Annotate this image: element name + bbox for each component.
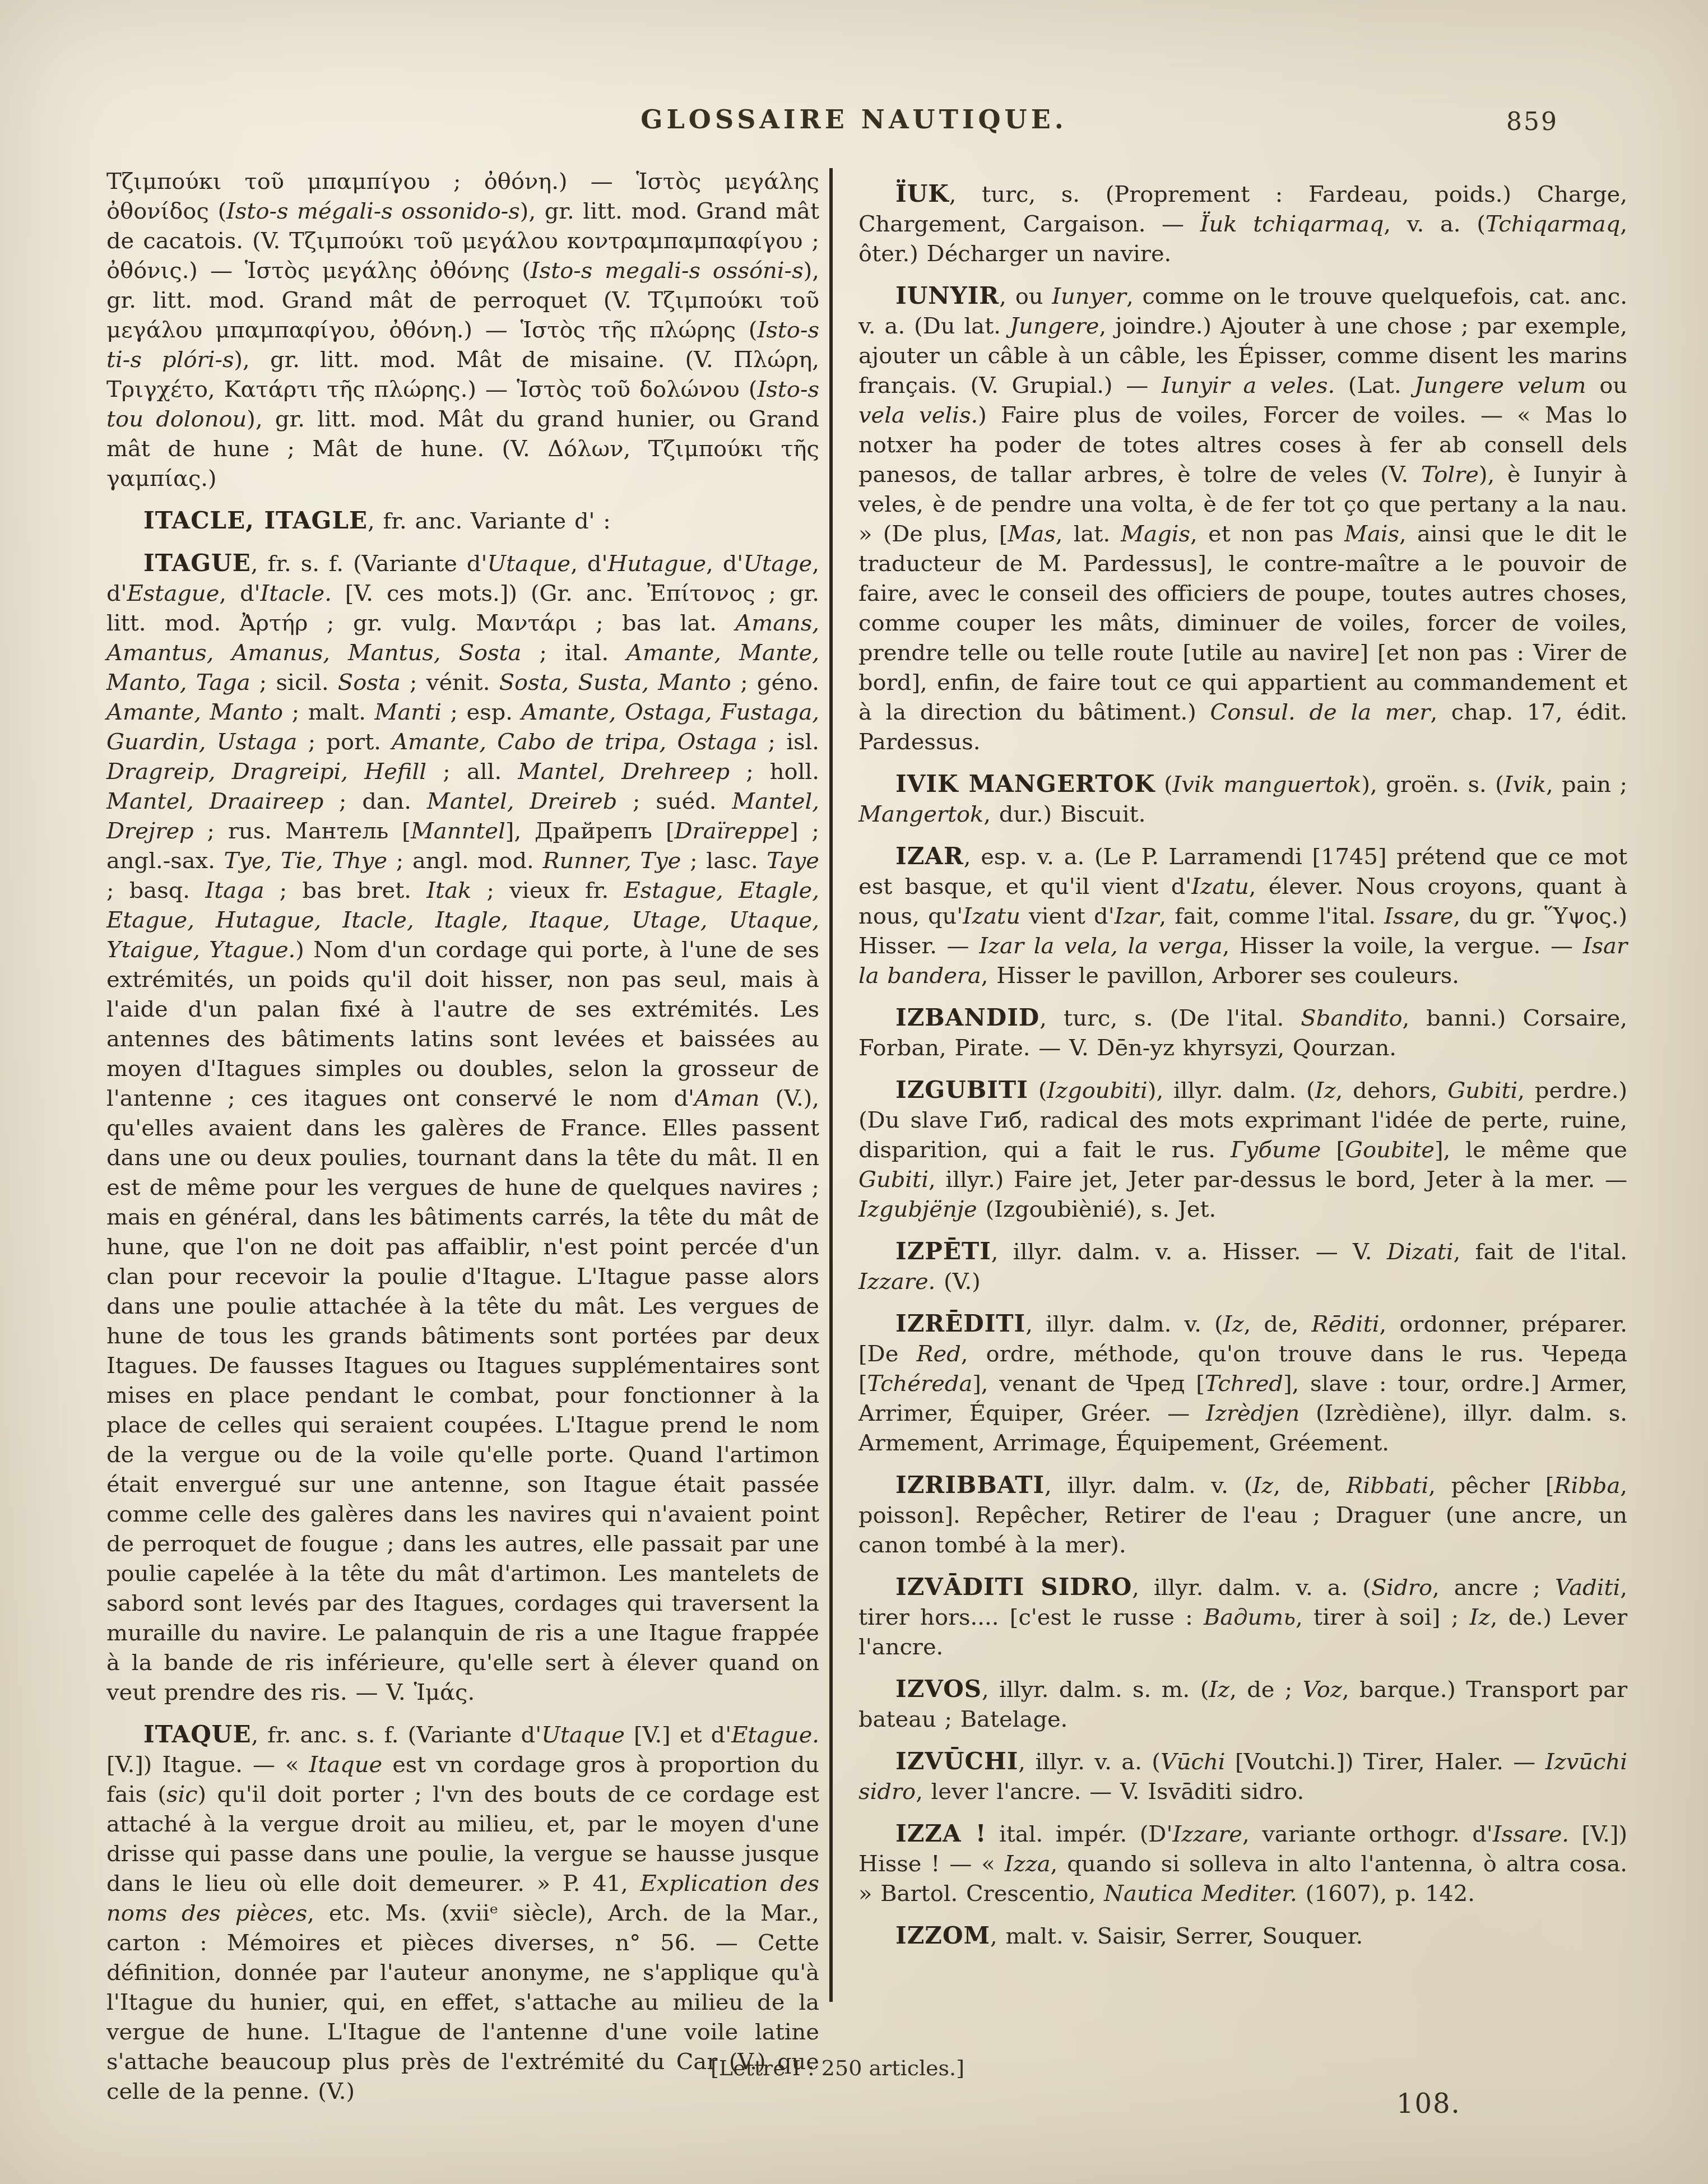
text-run: Estague (127, 581, 220, 606)
text-run: vient d' (1020, 903, 1115, 929)
text-run: (Izgoubiènié), s. Jet. (977, 1197, 1216, 1222)
text-run: Izar (1115, 903, 1159, 929)
text-run: Izzare (1172, 1821, 1242, 1847)
running-header: GLOSSAIRE NAUTIQUE. (0, 104, 1708, 135)
text-run: ; lasc. (681, 848, 767, 874)
text-run: Tchiqarmaq (1486, 211, 1621, 237)
letter-article-count-note: [Lettre I : 250 articles.] (711, 2056, 964, 2080)
text-run: [V.]) Itague. — « (106, 1752, 309, 1778)
text-run: Mantel, Draaireep (106, 789, 323, 814)
text-run: Jungere (1010, 313, 1099, 339)
text-run: Iz (1470, 1605, 1491, 1630)
text-run: Hutague (607, 551, 706, 577)
text-run: Issare. (1493, 1821, 1569, 1847)
text-run: Mais (1344, 521, 1399, 547)
entry-ivik-mangertok: IVIK MANGERTOK (Ivik manguertok), groën.… (858, 769, 1627, 829)
text-run: Вадить (1204, 1605, 1296, 1630)
text-run: Goubite (1345, 1137, 1435, 1163)
text-run: Isto-s mégali-s ossonido-s (226, 198, 520, 224)
text-run: Vaditi (1555, 1575, 1620, 1601)
text-run: Izgoubiti (1047, 1078, 1148, 1103)
text-run: Utaque (541, 1722, 625, 1748)
text-run: Issare (1384, 903, 1454, 929)
text-run: Sidro (1371, 1575, 1432, 1601)
text-run: Tchred (1205, 1371, 1283, 1397)
text-run: , de, (1273, 1473, 1346, 1499)
text-run: Ivik (1504, 772, 1546, 797)
text-run: Tolre (1421, 462, 1479, 488)
text-run: ital. impér. (D' (986, 1821, 1172, 1847)
text-run: , illyr. v. a. ( (1018, 1749, 1161, 1775)
text-run: ; sicil. (250, 670, 338, 695)
text-run: Nautica Mediter. (1104, 1881, 1297, 1907)
entry-iuk: ÏUK, turc, s. (Proprement : Fardeau, poi… (858, 179, 1627, 269)
text-run: Sosta (338, 670, 401, 695)
text-run: Isto-s megali-s ossóni-s (531, 258, 804, 284)
text-run: Itacle. (261, 581, 332, 606)
text-run: , tirer à soi] ; (1296, 1605, 1470, 1630)
text-run: , ou (999, 284, 1052, 309)
text-run: Itaque (309, 1752, 382, 1778)
entry-izar: IZAR, esp. v. a. (Le P. Larramendi [1745… (858, 841, 1627, 991)
entry-headword: IZVOS (895, 1675, 982, 1703)
text-run: , fr. anc. s. f. (Variante d' (251, 1722, 541, 1748)
text-run: Sosta, Susta, Manto (499, 670, 731, 695)
text-run: Red (916, 1341, 960, 1367)
text-run: , lat. (1056, 521, 1121, 547)
text-run: Utaque (487, 551, 570, 577)
left-text-column: Τζιμπούκι τοῦ μπαμπίγου ; ὀθόνη.) — Ἱστὸ… (106, 167, 819, 2107)
right-text-column: ÏUK, turc, s. (Proprement : Fardeau, poi… (858, 167, 1627, 1951)
text-run: , lever l'ancre. — V. Isvāditi sidro. (916, 1779, 1304, 1805)
text-run: Etague. (731, 1722, 819, 1748)
text-run: ], Драйрепъ [ (505, 818, 675, 844)
entry-izza: IZZA ! ital. impér. (D'Izzare, variante … (858, 1819, 1627, 1909)
text-run: ; port. (297, 729, 392, 755)
entry-headword: IZVŪCHI (895, 1747, 1018, 1775)
entry-headword: IZRIBBATI (895, 1471, 1045, 1499)
text-run: Ribba (1554, 1473, 1620, 1499)
text-run: Vūchi (1161, 1749, 1226, 1775)
entry-headword: IZVĀDITI SIDRO (895, 1573, 1132, 1601)
entry-headword: ITACLE, ITAGLE (143, 507, 368, 534)
entry-headword: IZAR (895, 842, 964, 870)
text-run: , turc, s. (De l'ital. (1039, 1005, 1301, 1031)
text-run: Draïreppe (675, 818, 790, 844)
text-run: Itak (426, 878, 471, 903)
text-run: Amante, Manto (106, 699, 283, 725)
text-run: , Hisser le pavillon, Arborer ses couleu… (981, 963, 1459, 989)
text-run: (Lat. (1335, 373, 1414, 398)
page-number: 859 (1506, 108, 1558, 136)
entry-iunyir: IUNYIR, ou Iunyer, comme on le trouve qu… (858, 281, 1627, 757)
text-run: Jungere velum (1414, 373, 1586, 398)
text-run: ; ital. (521, 640, 626, 666)
text-run: ; holl. (730, 759, 819, 785)
text-run: , fait, comme l'ital. (1159, 903, 1385, 929)
text-run: ; vieux fr. (471, 878, 624, 903)
text-run: , et non pas (1190, 521, 1344, 547)
text-run: Tchéreda (867, 1371, 973, 1397)
text-run: ; malt. (283, 699, 374, 725)
text-run: Губите (1231, 1137, 1321, 1163)
text-run: Iunyir a veles. (1162, 373, 1335, 398)
text-run: , pêcher [ (1428, 1473, 1554, 1499)
text-run: , dehors, (1335, 1078, 1447, 1103)
entry-itacle: ITACLE, ITAGLE, fr. anc. Variante d' : (106, 506, 819, 536)
text-run: Magis (1121, 521, 1190, 547)
text-run: Iz (1223, 1311, 1244, 1337)
entry-headword: IZBANDID (895, 1004, 1039, 1031)
text-run: ; bas bret. (264, 878, 427, 903)
entry-headword: IUNYIR (895, 282, 999, 309)
text-run: , fr. anc. Variante d' : (368, 508, 611, 534)
text-run: Amante, Cabo de tripa, Ostaga (392, 729, 757, 755)
entry-headword: ITAGUE (143, 549, 251, 577)
entry-itague: ITAGUE, fr. s. f. (Variante d'Utaque, d'… (106, 548, 819, 1708)
text-run: [V.] et d' (625, 1722, 731, 1748)
text-run: Aman (694, 1086, 759, 1111)
text-run: Izatu (1191, 874, 1249, 899)
text-run: ( (1155, 772, 1173, 797)
text-run: Itaga (205, 878, 264, 903)
entry-izvuchi: IZVŪCHI, illyr. v. a. (Vūchi [Voutchi.])… (858, 1746, 1627, 1807)
text-run: , illyr.) Faire jet, Jeter par-dessus le… (929, 1167, 1627, 1193)
text-run: Runner, Tye (542, 848, 681, 874)
text-run: ; suéd. (617, 789, 732, 814)
text-run: Tye, Tie, Thye (224, 848, 388, 874)
entry-headword: IZPĒTI (895, 1237, 991, 1265)
text-run: ; isl. (757, 729, 819, 755)
entry-headword: IZRĒDITI (895, 1310, 1025, 1337)
text-run: , variante orthogr. d' (1242, 1821, 1493, 1847)
text-run: , illyr. dalm. s. m. ( (982, 1677, 1209, 1703)
text-run: Manti (375, 699, 442, 725)
text-run: Izgubjënje (858, 1197, 977, 1222)
text-run: Iz (1252, 1473, 1273, 1499)
text-run: , fait de l'ital. (1454, 1239, 1627, 1265)
entry-izbandid: IZBANDID, turc, s. (De l'ital. Sbandito,… (858, 1003, 1627, 1063)
text-run: (V.), qu'elles avaient dans les galères … (106, 1086, 819, 1705)
text-run: ; basq. (106, 878, 205, 903)
text-run: Ïuk tchiqarmaq (1200, 211, 1384, 237)
text-run: Rēditi (1311, 1311, 1379, 1337)
text-run: , malt. v. Saisir, Serrer, Souquer. (990, 1923, 1363, 1949)
text-run: Iz (1209, 1677, 1229, 1703)
text-run: Taye (767, 848, 819, 874)
continuation-istos: Τζιμπούκι τοῦ μπαμπίγου ; ὀθόνη.) — Ἱστὸ… (106, 167, 819, 494)
text-run: ; esp. (442, 699, 522, 725)
entry-itaque: ITAQUE, fr. anc. s. f. (Variante d'Utaqu… (106, 1719, 819, 2107)
text-run: Manntel (411, 818, 505, 844)
text-run: ], le même que (1435, 1137, 1627, 1163)
entry-izvos: IZVOS, illyr. dalm. s. m. (Iz, de ; Voz,… (858, 1674, 1627, 1735)
text-run: Utage (743, 551, 812, 577)
text-run: , illyr. dalm. v. ( (1045, 1473, 1252, 1499)
text-run: Ribbati (1346, 1473, 1428, 1499)
text-run: ], venant de Чред [ (972, 1371, 1205, 1397)
text-run: ), illyr. dalm. ( (1148, 1078, 1315, 1103)
entry-headword: ITAQUE (143, 1721, 251, 1748)
text-run: Izrèdjen (1206, 1401, 1299, 1426)
text-run: Gubiti (858, 1167, 929, 1193)
text-run: ; all. (426, 759, 518, 785)
text-run: , de ; (1229, 1677, 1302, 1703)
entry-izribbati: IZRIBBATI, illyr. dalm. v. (Iz, de, Ribb… (858, 1470, 1627, 1560)
text-run: , dur.) Biscuit. (983, 801, 1145, 827)
entry-headword: IVIK MANGERTOK (895, 770, 1155, 797)
text-run: Izza (1005, 1851, 1051, 1877)
text-run: Dragreip, Dragreipi, Hefill (106, 759, 426, 785)
text-run: , illyr. dalm. v. a. Hisser. — V. (991, 1239, 1387, 1265)
entry-headword: IZZOM (895, 1922, 990, 1949)
text-run: , v. a. ( (1384, 211, 1486, 237)
text-run: , Hisser la voile, la vergue. — (1223, 933, 1583, 959)
text-run: Sbandito (1301, 1005, 1402, 1031)
text-run: , d' (219, 581, 260, 606)
page-title: GLOSSAIRE NAUTIQUE. (640, 104, 1067, 135)
text-run: ), groën. s. ( (1361, 772, 1503, 797)
text-run: Mantel, Dreireb (427, 789, 618, 814)
text-run: ; dan. (323, 789, 426, 814)
text-run: , pain ; (1546, 772, 1627, 797)
text-run: [Voutchi.]) Tirer, Haler. — (1226, 1749, 1545, 1775)
text-run: (1607), p. 142. (1297, 1881, 1475, 1907)
column-divider-rule (829, 168, 833, 2002)
entry-izzom: IZZOM, malt. v. Saisir, Serrer, Souquer. (858, 1921, 1627, 1951)
text-run: , d' (570, 551, 607, 577)
text-run: ; rus. Мантель [ (194, 818, 411, 844)
text-run: Iz (1315, 1078, 1336, 1103)
text-run: Izar la vela, la verga (979, 933, 1222, 959)
entry-izrediti: IZRĒDITI, illyr. dalm. v. (Iz, de, Rēdit… (858, 1309, 1627, 1458)
entry-headword: IZZA ! (895, 1820, 986, 1847)
entry-headword: ÏUK (895, 180, 949, 207)
text-run: [ (1321, 1137, 1345, 1163)
text-run: Dizati (1387, 1239, 1454, 1265)
text-run: (V.) (935, 1269, 981, 1295)
entry-headword: IZGUBITI (895, 1076, 1028, 1103)
scanned-book-page: GLOSSAIRE NAUTIQUE. 859 Τζιμπούκι τοῦ μπ… (0, 0, 1708, 2184)
entry-izvaditi-sidro: IZVĀDITI SIDRO, illyr. dalm. v. a. (Sidr… (858, 1572, 1627, 1662)
text-run: ( (1028, 1078, 1047, 1103)
text-run: , ancre ; (1432, 1575, 1555, 1601)
text-run: Izatu (963, 903, 1020, 929)
text-run: sic (166, 1782, 198, 1807)
text-run: , d' (706, 551, 743, 577)
text-run: Voz (1303, 1677, 1342, 1703)
text-run: Mantel, Drehreep (518, 759, 730, 785)
entry-izgubiti: IZGUBITI (Izgoubiti), illyr. dalm. (Iz, … (858, 1075, 1627, 1225)
text-run: Izzare. (858, 1269, 935, 1295)
entry-izpeti: IZPĒTI, illyr. dalm. v. a. Hisser. — V. … (858, 1236, 1627, 1297)
text-run: , de, (1244, 1311, 1312, 1337)
text-run: ; vénit. (401, 670, 499, 695)
text-run: ; angl. mod. (387, 848, 542, 874)
text-run: ou (1586, 373, 1627, 398)
text-run: Gubiti (1447, 1078, 1517, 1103)
text-run: , illyr. dalm. v. a. ( (1132, 1575, 1371, 1601)
text-run: Consul. de la mer (1210, 699, 1431, 725)
text-run: Mangertok (858, 801, 983, 827)
text-run: , illyr. dalm. v. ( (1025, 1311, 1223, 1337)
text-run: Iunyer (1052, 284, 1126, 309)
text-run: , fr. s. f. (Variante d' (251, 551, 488, 577)
text-run: vela velis. (858, 402, 978, 428)
printer-signature-mark: 108. (1396, 2088, 1461, 2120)
text-run: Ivik manguertok (1172, 772, 1361, 797)
text-run: Mas (1008, 521, 1055, 547)
text-run: , ainsi que le dit le traducteur de M. P… (858, 521, 1627, 725)
text-run: ; géno. (731, 670, 819, 695)
